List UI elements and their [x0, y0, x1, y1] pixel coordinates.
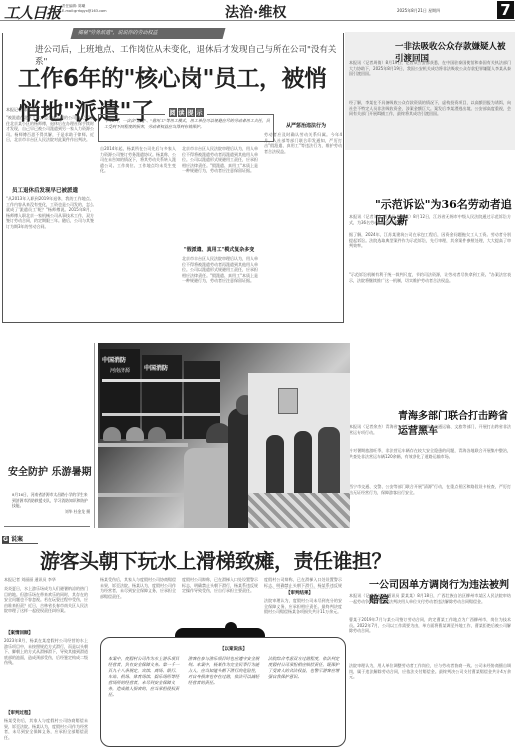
callout-knob	[225, 622, 237, 630]
case-body-col2: 杨某受伤后，其家人与度假村公司协商赔偿未果，诉至法院。杨某认为，度假村公司作为经…	[100, 577, 176, 625]
right-story4-body2: 法院审理认为，用人单位调整劳动者工作岗位，应与劳动者协商一致。公司未经协商擅自调…	[349, 663, 511, 745]
right-story4-body: 曹某于2019年7月与某公司签订劳动合同，约定曹某工作地点为广西柳州市，岗位为技…	[349, 617, 511, 663]
right-story3-body2: 西宁市交通、交警、公安等部门联合开展"清源"行动，在重点景区和路段设卡检查，严厉…	[349, 484, 511, 550]
photo-firefighter-demo: 中国消防 中国消防 河南济源	[98, 343, 350, 528]
case-body-col1b: 2023年8月，杨某在某度假村公司经营的水上游乐项目中，未按照规范方式滑行，而是…	[4, 638, 88, 708]
case-label-underline	[2, 543, 38, 544]
case-body-col4: 法院审理认为，度假村公司未尽到充分的安全保障义务，应承担相应责任。最终判决度假村…	[264, 598, 342, 624]
case-body-col1c: 杨某受伤后，其家人与度假村公司协商赔偿未果，诉至法院。杨某认为，度假村公司作为经…	[4, 718, 88, 748]
page-number: 7	[497, 1, 514, 19]
masthead-editor-info: 责任编辑: 陈曦 E-mail:grrbgyx@163.com	[62, 4, 107, 14]
case-heading-facts: 【案情回顾】	[6, 630, 33, 636]
email-line: E-mail:grrbgyx@163.com	[62, 9, 107, 14]
lead-section2-heading: "假派遣、真用工"模式复杂多变	[184, 246, 254, 253]
right-story1-body: 经了解，李某在不具备吸收公众存款资质的情况下，虚构投资项目，以高额回报为诱饵，向…	[349, 100, 511, 146]
lead-body-col1: "被派遣在北京工作，怎么成了别的公司的人？"家住北京某小区的杨师傅，退休后在办理…	[6, 115, 94, 180]
case-body-col3: 度假村公司辩称，已在滑梯入口处设置警示标志，明确禁止头朝下滑行，杨某系违反规定操…	[182, 577, 258, 625]
photo-credit: 刘华 杜金龙 摄	[12, 509, 90, 515]
case-heading-result: 【审判结果】	[286, 590, 313, 596]
case-body-col4a: 度假村公司辩称，已在滑梯入口处设置警示标志，明确禁止头朝下滑行，杨某系违反规定操…	[264, 577, 342, 589]
case-heading-trial: 【审判过程】	[6, 710, 33, 716]
case-story-headline[interactable]: 游客头朝下玩水上滑梯致瘫，责任谁担？	[40, 545, 391, 574]
right-story2-body: 据了解，2024年，江苏某建筑公司在承包工程后，因资金问题拖欠工人工资。劳动者分…	[349, 232, 511, 272]
lead-story-kicker: 揭秘"劳务派遣"，说说你的劳动权益	[71, 28, 226, 39]
jacket-label: 中国消防	[144, 363, 168, 372]
lead-section3-heading: 从严惩治违法行为	[286, 122, 326, 129]
right-story2-body2: "示范诉讼机制有利于统一裁判尺度，节约司法资源，让劳动者尽快拿到工资。"办案法官…	[349, 272, 511, 342]
right-story3-byline: 本报讯（记者余杰）青海省公安厅交警总队联合交通运输、文旅等部门，开展打击跨省非法…	[349, 424, 511, 448]
lead-body-col1b: "从2013年入职到2019年退休，我的工作地点、工作内容从来没有变化，工资也是…	[6, 196, 94, 316]
photo-caption-text: 8月16日，河南省济源市太昌路小学的学生来到济源市消防救援支队，学习消防知识和防…	[12, 492, 90, 509]
photo-divider	[94, 343, 95, 528]
callout-title: 【以案说法】	[220, 646, 247, 652]
section-title: 法治·维权	[225, 2, 286, 22]
jacket-sublabel: 河南济源	[110, 367, 130, 374]
reading-tip-label: 阅读提示	[165, 108, 207, 117]
case-body-col1: 炎炎夏日，水上游乐场成为人们避暑纳凉的热门目的地。但游乐场在带来欢乐的同时，其存…	[4, 586, 88, 626]
lead-body-col3b: 北京市丰台区人民法院审理后认为，用人单位不得将被派遣劳动者再派遣到其他用人单位。…	[182, 256, 258, 316]
lead-section1-heading: 员工退休后发现早已被派遣	[12, 186, 78, 194]
right-story1-byline: 本报讯（记者周倩）8月19日，记者从公安部获悉，在中国驻泰国使馆和泰国有关执法部…	[349, 60, 511, 100]
caption-divider	[4, 526, 90, 527]
case-byline: 本报记者 刘丽丽 通讯员 李华	[4, 577, 88, 585]
column-g-icon: G	[2, 536, 9, 543]
lead-story-byline: 本报记者 陈华华	[6, 107, 35, 113]
right-story4-byline: 本报讯（记者吴某某 通讯员 蒙某某）8月18日，广西壮族自治区柳州市某区人民法院…	[349, 593, 511, 617]
photo-feature-title: 安全防护 乐游暑期	[8, 463, 91, 478]
lead-body-col4: 劳动者应及时确认劳动关系归属。今年4月，人社部等部门联合印发通知，严厉打击"假派…	[264, 132, 342, 317]
callout-col1: 本案中，度假村公司作为水上游乐项目经营者，负有安全保障义务。第一千一百九十八条规…	[108, 656, 180, 742]
case-column-label: G说案	[2, 534, 23, 543]
right-story2-byline: 本报讯（记者刘友 通讯员 阮某某）8月12日，江苏省无锡市中级人民法院通过示范诉…	[349, 214, 511, 232]
callout-col3: 法院综合考虑双方过错程度，依法判定度假村公司承担相应赔偿责任，既保护了受害人的合…	[268, 656, 340, 742]
callout-col2: 游客在参与游乐项目时也应遵守安全规则。本案中，杨某作为完全民事行为能力人，应当知…	[188, 656, 260, 742]
lead-body-col3: 北京市丰台区人民法院审理后认为，用人单位不得将被派遣劳动者再派遣到其他用人单位。…	[182, 146, 258, 246]
reading-tip-text: 今年6月，一次次"派遣"、"借用工"等用工模式，用工单位可以规避应尽的劳动者用工…	[104, 118, 270, 130]
masthead-divider	[0, 20, 515, 21]
photo-caption: 8月16日，河南省济源市太昌路小学的学生来到济源市消防救援支队，学习消防知识和防…	[12, 492, 90, 514]
issue-date: 2025年8月21日 星期四	[397, 8, 440, 14]
right-story3-body: 针对暑期旅游旺季，非法营运车辆存在较大安全隐患的问题，青海各地联合开展集中整治，…	[349, 448, 511, 484]
jacket-label: 中国消防	[102, 355, 126, 364]
lead-body-col2: 自2014年起，杨某所在公司先后与多家人力资源公司签订劳务派遣协议。杨某称，公司…	[100, 146, 176, 316]
